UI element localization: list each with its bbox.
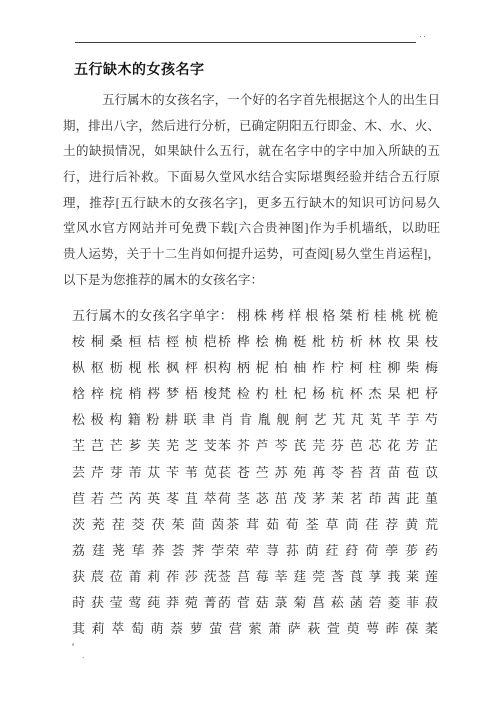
footer-tick-mark: ' (72, 642, 74, 654)
footer-dot-mark: . (82, 650, 85, 660)
page-title: 五行缺木的女孩名字 (74, 59, 205, 79)
char-list-line: 获 莀 莅 莆 莉 莋 莎 莐莶 莒 莓 莘 莛 莞 莟 莨 莩 莪 莱 莲 (72, 564, 438, 590)
char-list-line: 萁 莉 萃 萄 萌 萘 萝 萤 营 萦 萧 萨 萩 萱 萸 萼 葃 葆 葇 (72, 616, 438, 642)
intro-paragraph: 五行属木的女孩名字，一个好的名字首先根据这个人的出生日 期，排出八字，然后进行分… (63, 88, 440, 294)
intro-line: 土的缺损情况，如果缺什么五行，就在名字中的字中加入所缺的五 (63, 139, 440, 165)
char-list-line: 松 极 构 籍 粉 耕 联 聿 肖 肯 胤 舰 舸 艺 艽 芃 芄 芊 芋 芍 (72, 407, 438, 433)
intro-line: 五行属木的女孩名字，一个好的名字首先根据这个人的出生日 (63, 88, 440, 114)
char-list-line: 荔 莛 荛 荜 荞 荟 荠 荢荣 荦 荨 荪 荫 荭 荮 荷 荸 荹 药 (72, 538, 438, 564)
header-rule (75, 42, 416, 43)
intro-line: 期，排出八字，然后进行分析，已确定阴阳五行即金、木、水、火、 (63, 114, 440, 140)
char-list-line: 芸 芹 芽 芾 苁 苄 苇 苋苌 苍 苎 苏 苑 苒 苓 苔 苕 苗 苞 苡 (72, 460, 438, 486)
intro-line: 行，进行后补救。下面易久堂风水结合实际堪舆经验并结合五行原 (63, 165, 440, 191)
intro-line: 堂风水官方网站并可免费下载[六合贵神图]作为手机墙纸，以助旺 (63, 216, 440, 242)
char-list-line: 芏 芑 芒 芗 芙 芜 芝 芠苯 芥 芦 芩 芪 芫 芬 芭 芯 花 芳 芷 (72, 433, 438, 459)
intro-line: 理，推荐[五行缺木的女孩名字]，更多五行缺木的知识可访问易久 (63, 191, 440, 217)
char-list-line: 五行属木的女孩名字单字： 栩 株 栲 样 根 格 桀 桁 桂 桃 桄 桅 (72, 303, 438, 329)
char-list-line: 苣 若 苎 芮 英 苳 苴 萃荷 茎 苾 茁 茂 茅 茉 茗 茚 茜 茈 堇 (72, 486, 438, 512)
char-list-line: 莳 获 莹 莺 莼 莽 菀 菁菂 菅 菇 菉 菊 菖 菘 菡 菪 菱 菲 菽 (72, 590, 438, 616)
char-list-line: 茨 茺 茬 茭 茯 茱 茴 茵茶 茸 茹 荀 荃 草 茼 荏 荐 黄 荒 (72, 512, 438, 538)
document-page: ·· 五行缺木的女孩名字 五行属木的女孩名字，一个好的名字首先根据这个人的出生日… (0, 0, 500, 708)
intro-line: 以下是为您推荐的属木的女孩名字： (63, 268, 440, 294)
header-dots-mark: ·· (419, 31, 427, 41)
name-character-list: 五行属木的女孩名字单字： 栩 株 栲 样 根 格 桀 桁 桂 桃 桄 桅 桉 桐… (72, 303, 438, 642)
char-list-line: 梒 梓 梡 梢 梣 梦 梧 梭梵 检 杓 杜 杞 杨 杭 杯 杰 杲 杷 杼 (72, 381, 438, 407)
char-list-line: 枞 枢 枥 枧 枨 枫 枰 枳构 柄 柅 柏 柚 柞 柠 柯 柱 柳 柴 梅 (72, 355, 438, 381)
char-list-line: 桉 桐 桑 桓 桔 桱 桢 桤桥 桦 桧 桷 梃 枇 枋 析 林 枚 果 枝 (72, 329, 438, 355)
intro-line: 贵人运势，关于十二生肖如何提升运势，可查阅[易久堂生肖运程]， (63, 242, 440, 268)
